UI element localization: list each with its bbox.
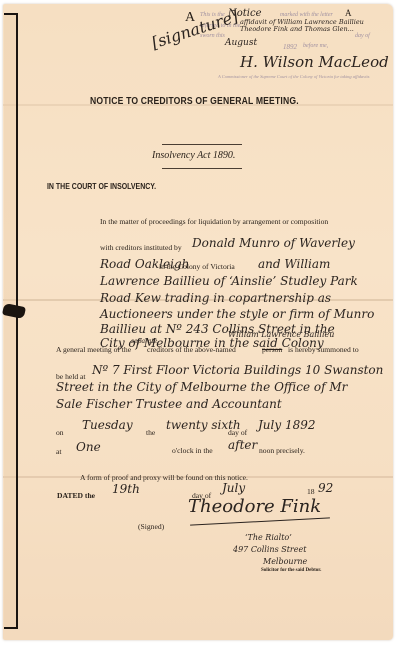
- the-label: the: [146, 428, 155, 437]
- solicitor-address: ‘The Rialto’: [245, 533, 292, 542]
- meeting-line: is hereby summoned to: [288, 345, 359, 354]
- stamp-year: 1892: [283, 43, 297, 51]
- stamp-hand-text: affidavit of William Lawrence Baillieu T…: [240, 19, 390, 33]
- solicitor-caption: Solicitor for the said Debtor.: [261, 568, 321, 573]
- binding-thread: [4, 13, 18, 629]
- court-heading: IN THE COURT OF INSOLVENCY.: [47, 181, 156, 191]
- matter-line: In the matter of proceedings for liquida…: [100, 217, 328, 226]
- solicitor-address: Melbourne: [263, 557, 307, 566]
- meeting-venue-handwritten: Street in the City of Melbourne the Offi…: [56, 380, 347, 394]
- exhibit-letter: A: [345, 8, 352, 18]
- page-title: NOTICE TO CREDITORS OF GENERAL MEETING.: [90, 95, 299, 107]
- solicitor-signature: Theodore Fink: [188, 496, 321, 517]
- handwritten-line: Road Kew trading in copartnership as: [100, 291, 331, 305]
- debtor-name-handwritten: Donald Munro of Waverley: [192, 236, 355, 250]
- stamp-text: day of: [355, 33, 370, 39]
- signed-label: (Signed): [138, 522, 164, 531]
- dated-month: July: [222, 481, 245, 495]
- solicitor-address: 497 Collins Street: [233, 545, 306, 554]
- oclock-label: o'clock in the: [172, 446, 213, 455]
- dated-day: 19th: [112, 482, 140, 496]
- meeting-hour: One: [76, 440, 101, 454]
- noon-label: noon precisely.: [259, 446, 305, 455]
- day-of-label: day of: [228, 428, 247, 437]
- handwritten-line: and William: [258, 257, 330, 271]
- commissioner-caption: A Commissioner of the Supreme Court of t…: [218, 74, 370, 79]
- act-title: Insolvency Act 1890.: [152, 150, 235, 161]
- dated-label: DATED the: [57, 491, 95, 500]
- insert-above-handwritten: William Lawrence Baillieu: [228, 330, 334, 339]
- insert-separate-handwritten: separate: [131, 338, 157, 345]
- stamp-hand-text: August: [225, 38, 257, 48]
- meeting-weekday: Tuesday: [82, 418, 133, 432]
- year-printed: 18: [307, 487, 315, 496]
- struck-word: person: [262, 345, 282, 354]
- meeting-period: after: [228, 438, 257, 452]
- matter-line: with creditors instituted by: [100, 243, 182, 252]
- meeting-line: creditors of the above-named: [147, 345, 236, 354]
- at-label: at: [56, 447, 61, 456]
- year-handwritten: 92: [318, 481, 333, 495]
- meeting-venue-handwritten: Sale Fischer Trustee and Accountant: [56, 397, 282, 411]
- rule-divider: [162, 168, 242, 169]
- on-label: on: [56, 428, 64, 437]
- handwritten-line: Lawrence Baillieu of ‘Ainslie’ Studley P…: [100, 274, 358, 288]
- handwritten-line: Auctioneers under the style or firm of M…: [100, 307, 374, 321]
- meeting-venue-handwritten: Nº 7 First Floor Victoria Buildings 10 S…: [92, 363, 383, 377]
- rule-divider: [162, 144, 242, 145]
- stamp-text: before me,: [303, 43, 328, 49]
- matter-line: in the Colony of Victoria: [159, 262, 235, 271]
- meeting-line: A general meeting of the: [56, 345, 131, 354]
- commissioner-signature: H. Wilson MacLeod: [240, 53, 389, 71]
- meeting-month-year: July 1892: [258, 418, 316, 432]
